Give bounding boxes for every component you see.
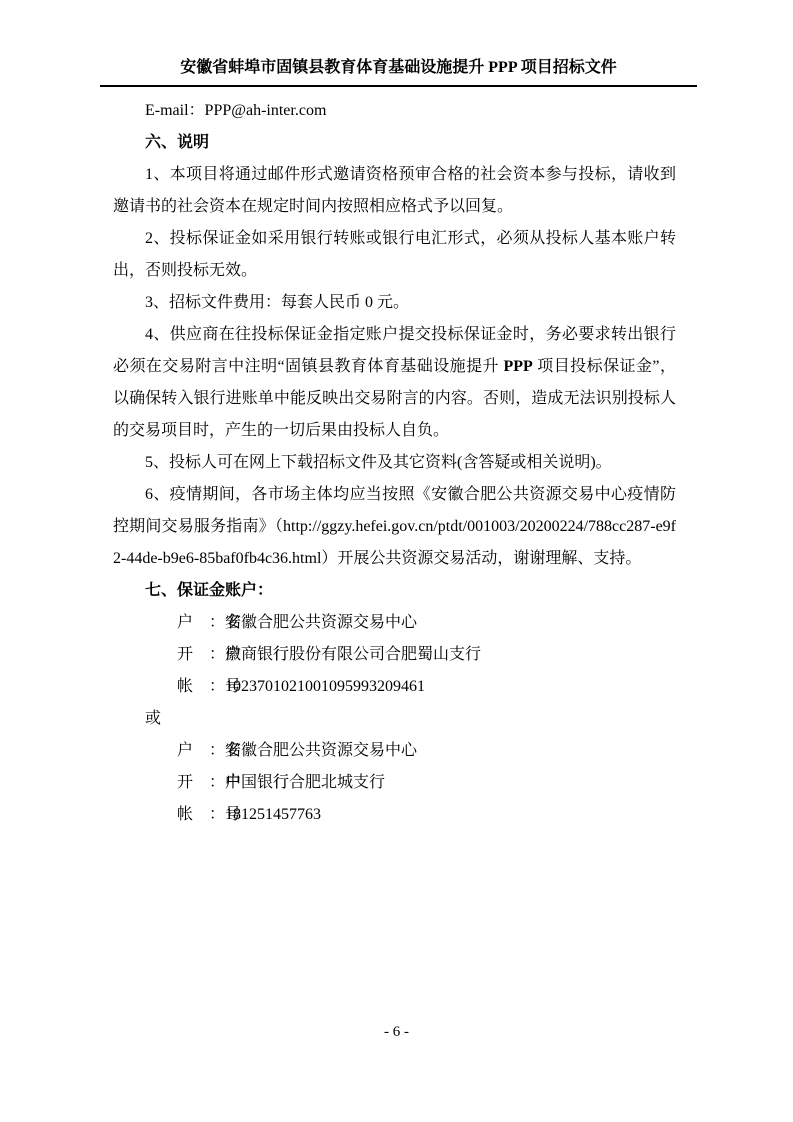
account1-number-row: 帐号：1023701021001095993209461 xyxy=(113,671,676,703)
account2-name-value: 安徽合肥公共资源交易中心 xyxy=(225,742,417,759)
account2-number-value: 181251457763 xyxy=(225,806,321,823)
email-line: E-mail：PPP@ah-inter.com xyxy=(113,95,676,127)
label-colon: ： xyxy=(209,646,225,663)
account-number-label: 帐号 xyxy=(145,799,209,831)
paragraph-4: 4、供应商在往投标保证金指定账户提交投标保证金时，务必要求转出银行必须在交易附言… xyxy=(113,319,676,447)
paragraph-3: 3、招标文件费用：每套人民币 0 元。 xyxy=(113,287,676,319)
paragraph-4-ppp: PPP xyxy=(503,358,532,375)
account1-name-value: 安徽合肥公共资源交易中心 xyxy=(225,614,417,631)
account-bank-label: 开户行 xyxy=(145,767,209,799)
account2-number-row: 帐号：181251457763 xyxy=(113,799,676,831)
label-colon: ： xyxy=(209,742,225,759)
document-header: 安徽省蚌埠市固镇县教育体育基础设施提升 PPP 项目招标文件 xyxy=(100,0,697,87)
document-body: E-mail：PPP@ah-inter.com 六、说明 1、本项目将通过邮件形… xyxy=(113,95,676,831)
section-6-heading: 六、说明 xyxy=(113,127,676,159)
account2-bank-row: 开户行：中国银行合肥北城支行 xyxy=(113,767,676,799)
document-header-title: 安徽省蚌埠市固镇县教育体育基础设施提升 PPP 项目招标文件 xyxy=(100,57,697,87)
paragraph-5: 5、投标人可在网上下载招标文件及其它资料(含答疑或相关说明)。 xyxy=(113,447,676,479)
label-colon: ： xyxy=(209,678,225,695)
paragraph-6: 6、疫情期间，各市场主体均应当按照《安徽合肥公共资源交易中心疫情防控期间交易服务… xyxy=(113,479,676,575)
account-number-label: 帐号 xyxy=(145,671,209,703)
account1-bank-row: 开户行：徽商银行股份有限公司合肥蜀山支行 xyxy=(113,639,676,671)
document-page: 安徽省蚌埠市固镇县教育体育基础设施提升 PPP 项目招标文件 E-mail：PP… xyxy=(0,0,793,1122)
paragraph-1: 1、本项目将通过邮件形式邀请资格预审合格的社会资本参与投标，请收到邀请书的社会资… xyxy=(113,159,676,223)
account-name-label: 户名 xyxy=(145,607,209,639)
account-bank-label: 开户行 xyxy=(145,639,209,671)
account-name-label: 户名 xyxy=(145,735,209,767)
label-colon: ： xyxy=(209,614,225,631)
account1-bank-value: 徽商银行股份有限公司合肥蜀山支行 xyxy=(225,646,481,663)
page-number: - 6 - xyxy=(0,1022,793,1042)
label-colon: ： xyxy=(209,774,225,791)
paragraph-2: 2、投标保证金如采用银行转账或银行电汇形式，必须从投标人基本账户转出，否则投标无… xyxy=(113,223,676,287)
account-or-separator: 或 xyxy=(113,703,676,735)
account1-name-row: 户名：安徽合肥公共资源交易中心 xyxy=(113,607,676,639)
section-7-heading: 七、保证金账户： xyxy=(113,575,676,607)
account2-name-row: 户名：安徽合肥公共资源交易中心 xyxy=(113,735,676,767)
account1-number-value: 1023701021001095993209461 xyxy=(225,678,425,695)
account2-bank-value: 中国银行合肥北城支行 xyxy=(225,774,385,791)
label-colon: ： xyxy=(209,806,225,823)
